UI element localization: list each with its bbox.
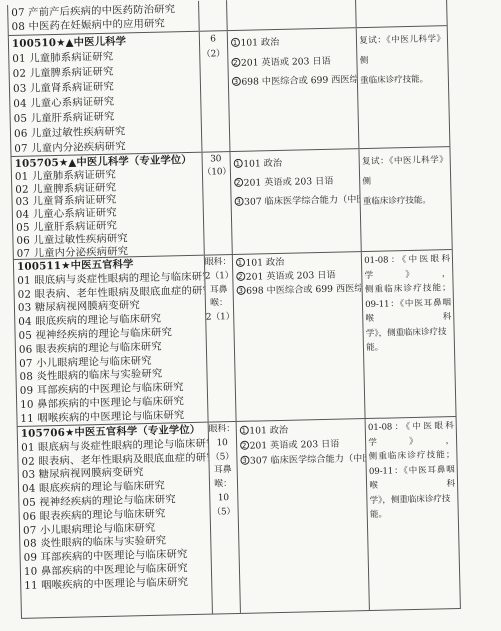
- cell-directions: 07 产前产后疾病的中医药防治研究08 中医药在妊娠病中的应用研究: [8, 1, 198, 35]
- remark-line: 重临床诊疗技能。: [363, 190, 449, 212]
- circled-number-icon: 2: [231, 57, 240, 66]
- remark-line: 01-08：《中医眼科学》，: [368, 419, 454, 450]
- quota-line: 10（5）: [209, 437, 237, 465]
- cell-exam-subjects: 1101 政治2201 英语或 203 日语3698 中医综合或 699 西医综…: [226, 28, 358, 151]
- quota-line: 喉：: [205, 297, 232, 311]
- remark-line: 09-11：《中医耳鼻咽喉科: [369, 463, 455, 494]
- cell-quota: 眼科：10（5）耳鼻喉：10（5）: [207, 422, 239, 614]
- remark-line: 01-08：《中医眼科学》，: [364, 252, 450, 283]
- quota-line: （2）: [200, 47, 227, 63]
- cell-directions: 105706★中医五官科学（专业学位）01 眼底病与炎症性眼病的理论与临床研究0…: [18, 423, 212, 618]
- remark-line: 09-11：《中医耳鼻咽喉科: [365, 296, 451, 327]
- cell-remarks: [355, 0, 446, 27]
- quota-line: 2（1）: [205, 270, 232, 284]
- remark-line: 学》，侧重临床诊疗技能。: [366, 325, 452, 356]
- cell-directions: 100511★中医五官科学01 眼底病与炎症性眼病的理论与临床研究02 眼表病、…: [14, 256, 207, 426]
- cell-exam-subjects: 1101 政治2201 英语或 203 日语3307 临床医学综合能力（中医）: [235, 419, 369, 613]
- table-section: 105706★中医五官科学（专业学位）01 眼底病与炎症性眼病的理论与临床研究0…: [18, 417, 460, 619]
- cell-quota: 眼科：2（1）耳鼻喉：2（1）: [203, 255, 235, 422]
- remark-line: 重临床诊疗技能。: [360, 69, 446, 91]
- quota-line: （10）: [202, 166, 229, 179]
- cell-exam-subjects: 1101 政治2201 英语或 203 日语3698 中医综合或 699 西医综…: [231, 252, 364, 421]
- circled-number-icon: 3: [231, 77, 240, 86]
- cell-remarks: 01-08：《中医眼科学》，侧重临床诊疗技能；09-11：《中医耳鼻咽喉科学》，…: [361, 250, 456, 418]
- remark-line: 侧重临床诊疗技能；: [365, 281, 451, 297]
- circled-number-icon: 2: [240, 441, 249, 450]
- direction-item: 08 中医药在妊娠病中的应用研究: [11, 16, 196, 34]
- cell-directions: 100510★▲中医儿科学01 儿童肺系病证研究02 儿童脾系病证研究03 儿童…: [9, 32, 201, 156]
- quota-line: 耳鼻: [209, 464, 236, 478]
- quota-line: 30: [202, 153, 229, 166]
- quota-line: 眼科：: [208, 423, 235, 437]
- subject-line: 3307 临床医学综合能力（中医）: [234, 190, 359, 212]
- subject-line: 3698 中医综合或 699 西医综合: [236, 282, 361, 299]
- remark-line: 复试：《中医儿科学》侧: [362, 150, 449, 192]
- circled-number-icon: 1: [230, 38, 239, 47]
- quota-line: 2（1）: [206, 311, 233, 325]
- remark-line: 学》，侧重临床诊疗技能。: [369, 492, 455, 523]
- quota-line: 耳鼻: [205, 284, 232, 298]
- cell-quota: 6（2）: [198, 31, 229, 152]
- cell-remarks: 复试：《中医儿科学》侧重临床诊疗技能。: [359, 147, 452, 251]
- circled-number-icon: 2: [234, 178, 243, 187]
- circled-number-icon: 3: [234, 197, 243, 206]
- quota-line: 6: [199, 32, 226, 48]
- table-section: 100510★▲中医儿科学01 儿童肺系病证研究02 儿童脾系病证研究03 儿童…: [9, 26, 450, 157]
- cell-exam-subjects: 1101 政治2201 英语或 203 日语3307 临床医学综合能力（中医）: [229, 149, 361, 254]
- circled-number-icon: 1: [233, 159, 242, 168]
- cell-quota: 30（10）: [201, 152, 231, 255]
- table-section: 105705★▲中医儿科学（专业学位）01 儿童肺系病证研究02 儿童脾系病证研…: [12, 147, 452, 260]
- scanned-page: 07 产前产后疾病的中医药防治研究08 中医药在妊娠病中的应用研究100510★…: [0, 0, 501, 631]
- circled-number-icon: 1: [235, 258, 244, 267]
- cell-quota: [198, 0, 227, 31]
- circled-number-icon: 3: [236, 286, 245, 295]
- circled-number-icon: 3: [240, 456, 249, 465]
- quota-line: 眼科：: [204, 256, 231, 270]
- admissions-table: 07 产前产后疾病的中医药防治研究08 中医药在妊娠病中的应用研究100510★…: [7, 0, 461, 619]
- cell-directions: 105705★▲中医儿科学（专业学位）01 儿童肺系病证研究02 儿童脾系病证研…: [12, 153, 204, 259]
- cell-exam-subjects: [226, 0, 356, 30]
- circled-number-icon: 1: [239, 426, 248, 435]
- cell-remarks: 01-08：《中医眼科学》，侧重临床诊疗技能；09-11：《中医耳鼻咽喉科学》，…: [365, 417, 460, 610]
- quota-line: 喉：: [209, 478, 236, 492]
- cell-remarks: 复试：《中医儿科学》侧重临床诊疗技能。: [356, 26, 449, 148]
- remark-line: 侧重临床诊疗技能；: [368, 448, 454, 464]
- remark-line: 复试：《中医儿科学》侧: [359, 29, 446, 71]
- table-section: 100511★中医五官科学01 眼底病与炎症性眼病的理论与临床研究02 眼表病、…: [14, 250, 456, 427]
- subject-line: 3698 中医综合或 699 西医综合: [231, 70, 356, 92]
- circled-number-icon: 2: [236, 272, 245, 281]
- subject-line: 3307 临床医学综合能力（中医）: [240, 451, 365, 469]
- quota-line: 10（5）: [210, 492, 238, 520]
